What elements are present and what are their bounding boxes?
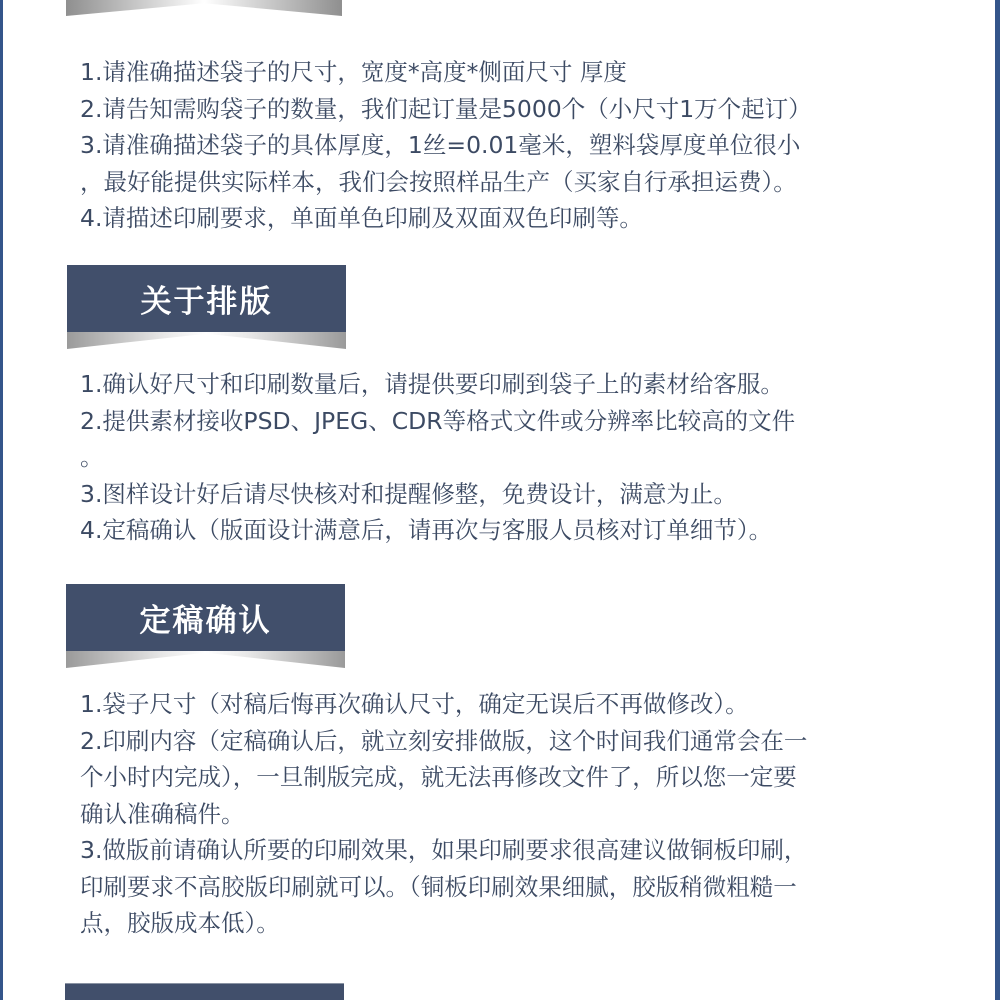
section-banner-confirm: 定稿确认 [66,584,345,668]
confirm-info-list: 1.袋子尺寸（对稿后悔再次确认尺寸，确定无误后不再做修改）。 2.印刷内容（定稿… [80,686,960,942]
list-item: 4.请描述印刷要求，单面单色印刷及双面双色印刷等。 [80,200,960,237]
list-item: 点，胶版成本低）。 [80,905,960,942]
list-item: 3.做版前请确认所要的印刷效果，如果印刷要求很高建议做铜板印刷， [80,832,960,869]
list-item: 1.袋子尺寸（对稿后悔再次确认尺寸，确定无误后不再做修改）。 [80,686,960,723]
list-item: 印刷要求不高胶版印刷就可以。（铜板印刷效果细腻，胶版稍微粗糙一 [80,869,960,906]
list-item: 。 [80,439,960,476]
section-banner-layout: 关于排版 [67,265,346,349]
list-item: 2.印刷内容（定稿确认后，就立刻安排做版，这个时间我们通常会在一 [80,723,960,760]
list-item: 4.定稿确认（版面设计满意后，请再次与客服人员核对订单细节）。 [80,512,960,549]
section-title: 定稿确认 [66,584,345,651]
banner-shadow-top [66,0,342,16]
left-frame-border [0,0,3,1000]
list-item: 3.图样设计好后请尽快核对和提醒修整，免费设计，满意为止。 [80,476,960,513]
layout-info-list: 1.确认好尺寸和印刷数量后，请提供要印刷到袋子上的素材给客服。 2.提供素材接收… [80,366,960,549]
list-item: 1.请准确描述袋子的尺寸，宽度*高度*侧面尺寸 厚度 [80,54,960,91]
section-title: 关于排版 [67,265,346,332]
list-item: 确认准确稿件。 [80,796,960,833]
list-item: 2.提供素材接收PSD、JPEG、CDR等格式文件或分辨率比较高的文件 [80,403,960,440]
list-item: 个小时内完成），一旦制版完成，就无法再修改文件了，所以您一定要 [80,759,960,796]
list-item: 3.请准确描述袋子的具体厚度，1丝=0.01毫米，塑料袋厚度单位很小 [80,127,960,164]
order-requirements-list: 1.请准确描述袋子的尺寸，宽度*高度*侧面尺寸 厚度 2.请告知需购袋子的数量，… [80,54,960,237]
right-frame-border [995,0,1000,1000]
list-item: 1.确认好尺寸和印刷数量后，请提供要印刷到袋子上的素材给客服。 [80,366,960,403]
list-item: ，最好能提供实际样本，我们会按照样品生产（买家自行承担运费）。 [80,164,960,201]
section-banner-next [65,983,344,1000]
list-item: 2.请告知需购袋子的数量，我们起订量是5000个（小尺寸1万个起订） [80,91,960,128]
banner-shadow [67,332,346,349]
banner-shadow [66,651,345,668]
